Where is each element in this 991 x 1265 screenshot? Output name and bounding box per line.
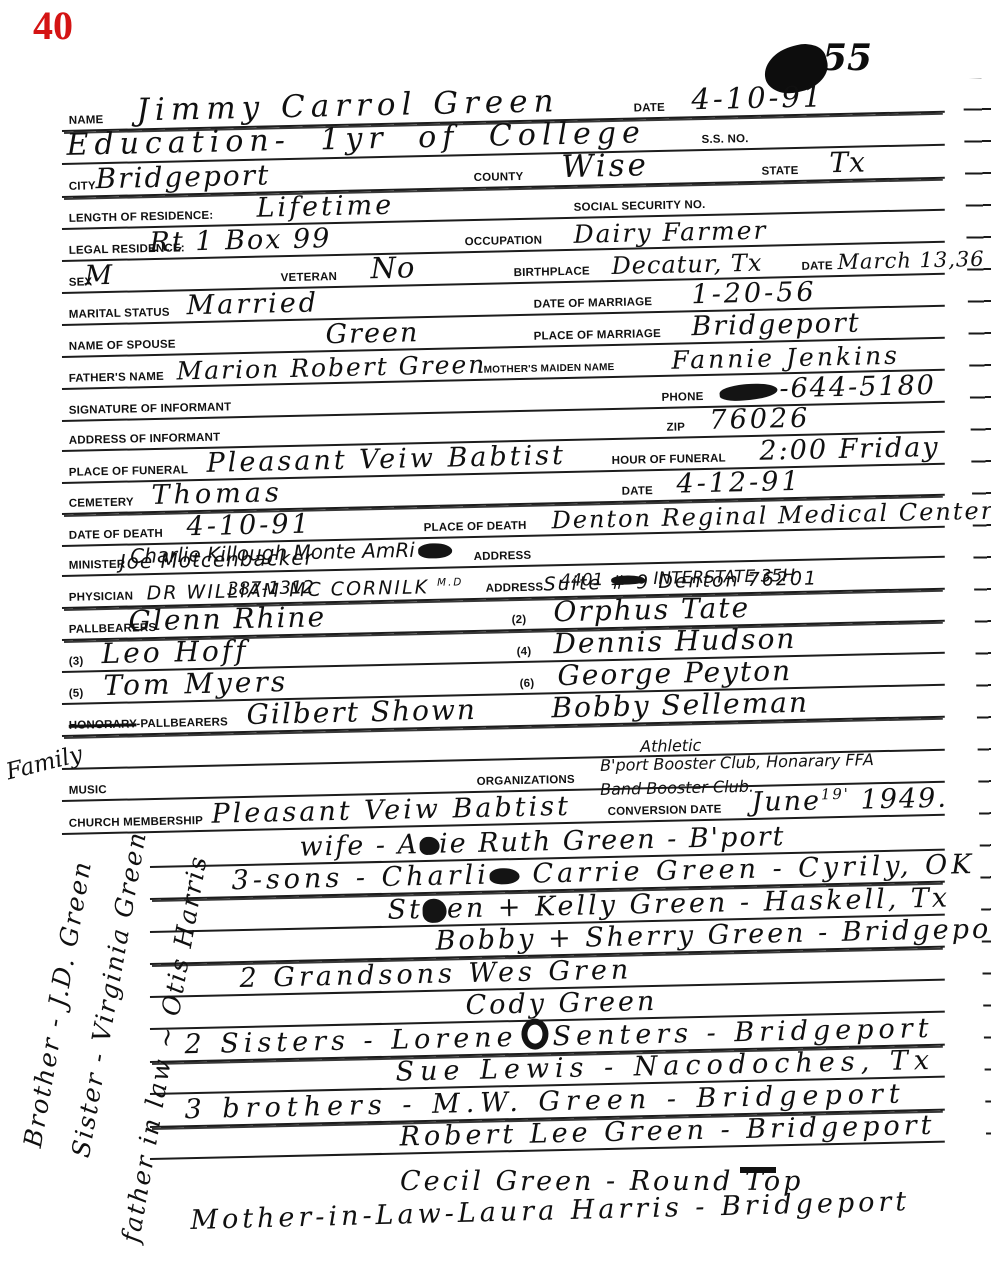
pallbearer-5-marker: (5) [69, 688, 84, 700]
family-brother-2: Robert Lee Green - Bridgeport [399, 1112, 935, 1151]
state-value: Tx [829, 148, 866, 177]
son-name-overwrite-scribble [490, 867, 520, 884]
physician-label: PHYSICIAN [69, 590, 134, 603]
marital-status-value: Married [186, 289, 319, 319]
service-date-label: DATE [621, 485, 653, 498]
church-membership-label: CHURCH MEMBERSHIP [69, 815, 204, 830]
pallbearer-3-marker: (3) [69, 656, 84, 668]
spouse-value: Green [325, 319, 419, 348]
page-number-red: 40 [33, 6, 73, 46]
wife-name-overwrite-scribble [419, 836, 439, 854]
city-label: CITY [69, 180, 96, 193]
veteran-value: No [370, 253, 415, 283]
minister-address-label: ADDRESS [474, 550, 532, 563]
scanned-funeral-record-form: 40 55 NAME Jimmy Carrol Green DATE 4-10-… [0, 0, 991, 1265]
pallbearer-5: Tom Myers [103, 668, 288, 700]
physician-md-suffix: M.D [437, 576, 464, 589]
honorary-pallbearer-1: Gilbert Shown [246, 696, 477, 729]
stephen-overwrite-scribble [423, 898, 448, 923]
page-edge-line-stubs [963, 78, 991, 1144]
cemetery-label: CEMETERY [69, 496, 134, 509]
music-label: MUSIC [69, 784, 107, 797]
honorary-pallbearer-2: Bobby Selleman [551, 689, 809, 723]
conversion-date-label: CONVERSION DATE [607, 804, 721, 818]
length-of-residence-value: Lifetime [256, 192, 394, 222]
zip-label: ZIP [666, 421, 685, 433]
state-label: STATE [761, 165, 798, 178]
organizations-note-athletic: Athletic [640, 738, 702, 755]
minister-label: MINISTER [69, 559, 126, 572]
pallbearer-2: Orphus Tate [553, 594, 750, 626]
spouse-label: NAME OF SPOUSE [69, 339, 176, 353]
date-of-marriage-value: 1-20-56 [691, 279, 817, 309]
lorene-scribble-ring [521, 1018, 549, 1050]
pallbearer-3: Leo Hoff [101, 637, 249, 668]
pallbearer-2-marker: (2) [512, 614, 527, 626]
church-membership-value: Pleasant Veiw Babtist [211, 793, 571, 828]
phone-area-code-scribble [719, 381, 778, 402]
zip-value: 76026 [709, 405, 810, 434]
pallbearer-4-marker: (4) [517, 646, 532, 658]
ss-no-label: S.S. NO. [701, 133, 748, 146]
marital-status-label: MARITAL STATUS [69, 307, 170, 321]
birthdate-value: March 13,36 [837, 249, 985, 273]
honorary-pallbearers-label: HONORARY-PALLBEARERS [69, 716, 228, 731]
birthplace-label: BIRTHPLACE [514, 265, 590, 279]
pallbearer-6-marker: (6) [520, 678, 535, 690]
legal-residence-value: Rt 1 Box 99 [149, 225, 331, 256]
physician-phone-note: 387-1312 [227, 579, 314, 599]
county-label: COUNTY [474, 171, 524, 184]
place-of-marriage-value: Bridgeport [691, 310, 861, 341]
minister-note-names: Charlie Killough Monte AmRi [130, 539, 452, 566]
date-value: 4-10-91 [691, 82, 824, 114]
sex-value: M [84, 262, 113, 290]
birthplace-value: Decatur, Tx [611, 251, 762, 278]
conversion-date-value: June19' 1949. [751, 785, 948, 816]
organizations-label: ORGANIZATIONS [477, 774, 575, 788]
minister-note-scribble [418, 543, 452, 559]
cemetery-value: Thomas [151, 479, 283, 509]
physician-address-label: ADDRESS [486, 581, 544, 594]
veteran-label: VETERAN [281, 271, 338, 284]
birthdate-label: DATE [801, 260, 833, 273]
fathers-name-label: FATHER'S NAME [69, 371, 164, 385]
service-date-value: 4-12-91 [676, 468, 802, 498]
date-label: DATE [633, 102, 665, 115]
name-label: NAME [69, 114, 104, 127]
address-strikeout-scribble [611, 575, 645, 585]
family-grandson-2: Cody Green [465, 988, 657, 1019]
occupation-label: OCCUPATION [465, 235, 543, 249]
family-mother-in-law: Mother-in-Law-Laura Harris - Bridgeport [190, 1188, 910, 1234]
city-value: Bridgeport [95, 161, 270, 193]
county-value: Wise [561, 150, 649, 183]
pallbearer-1: Glenn Rhine [128, 603, 326, 635]
stamp-number: 55 [822, 40, 872, 76]
